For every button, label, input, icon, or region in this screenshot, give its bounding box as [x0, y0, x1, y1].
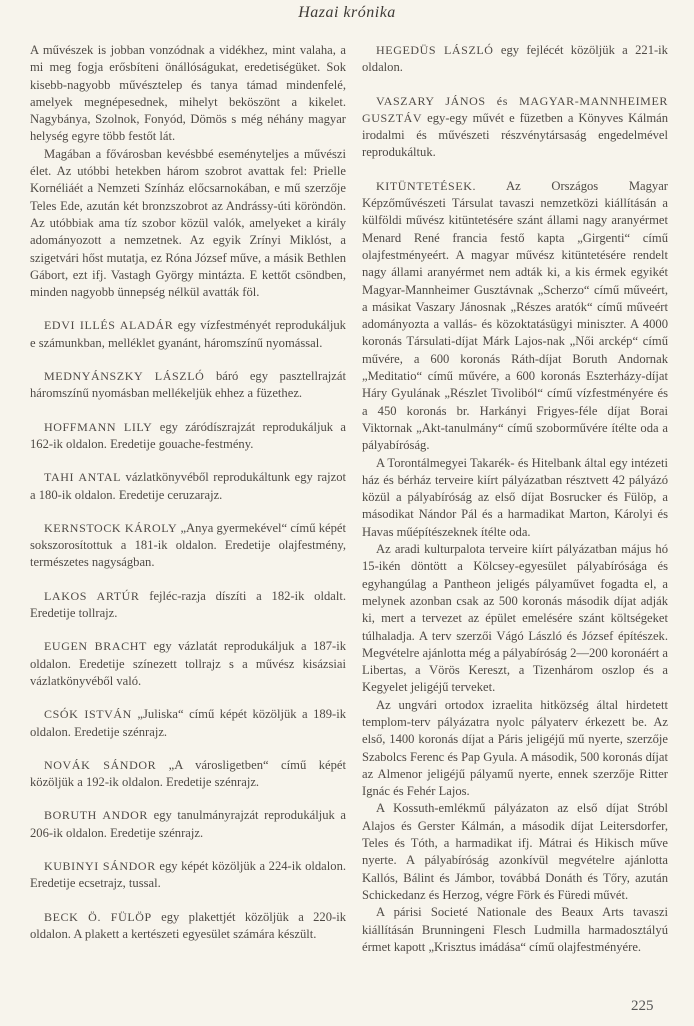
page-header-title: Hazai krónika [0, 4, 694, 22]
artist-name: HEGEDÜS LÁSZLÓ [376, 43, 494, 57]
artist-name: EUGEN BRACHT [44, 639, 147, 653]
paragraph-kossuth: A Kossuth-emlékmű pályázaton az első díj… [362, 800, 668, 904]
paragraph-text: A Kossuth-emlékmű pályázaton az első díj… [362, 801, 668, 901]
paragraph-paris: A párisi Societé Nationale des Beaux Art… [362, 904, 668, 956]
artist-name: KUBINYI SÁNDOR [44, 859, 156, 873]
page-number: 225 [631, 998, 654, 1015]
entry-mednyanszky: MEDNYÁNSZKY LÁSZLÓ báró egy pasztellrajz… [30, 368, 346, 403]
entry-tahi: TAHI ANTAL vázlatkönyvéből reprodukáltun… [30, 469, 346, 504]
entry-text: Az Országos Magyar Képzőművészeti Társul… [362, 179, 668, 452]
entry-novak: NOVÁK SÁNDOR „A városligetben“ című képé… [30, 757, 346, 792]
entry-kubinyi: KUBINYI SÁNDOR egy képét közöljük a 224-… [30, 858, 346, 893]
artist-name: CSÓK ISTVÁN [44, 707, 132, 721]
artist-name: BORUTH ANDOR [44, 808, 148, 822]
entry-hegedus: HEGEDÜS LÁSZLÓ egy fejlécét közöljük a 2… [362, 42, 668, 77]
paragraph-arad: Az aradi kulturpalota terveire kiírt pál… [362, 541, 668, 697]
entry-beck: BECK Ö. FÜLÖP egy plakettjét közöljük a … [30, 909, 346, 944]
paragraph-intro: A művészek is jobban vonzódnak a vidékhe… [30, 42, 346, 146]
artist-name: TAHI ANTAL [44, 470, 121, 484]
entry-lakos: LAKOS ARTÚR fejléc-razja díszíti a 182-i… [30, 588, 346, 623]
paragraph-ungvar: Az ungvári ortodox izraelita hitközség á… [362, 697, 668, 801]
paragraph-text: A művészek is jobban vonzódnak a vidékhe… [30, 43, 346, 143]
paragraph-text: A párisi Societé Nationale des Beaux Art… [362, 905, 668, 954]
entry-kituntetesek: KITÜNTETÉSEK. Az Országos Magyar Képzőmű… [362, 178, 668, 455]
paragraph-text: Az ungvári ortodox izraelita hitközség á… [362, 698, 668, 798]
entry-bracht: EUGEN BRACHT egy vázlatát reprodukáljuk … [30, 638, 346, 690]
entry-hoffmann: HOFFMANN LILY egy záródíszrajzát reprodu… [30, 419, 346, 454]
paragraph-text: Az aradi kulturpalota terveire kiírt pál… [362, 542, 668, 694]
section-heading: KITÜNTETÉSEK. [376, 179, 476, 193]
right-column: HEGEDÜS LÁSZLÓ egy fejlécét közöljük a 2… [362, 42, 668, 956]
artist-name: LAKOS ARTÚR [44, 589, 140, 603]
artist-name: BECK Ö. FÜLÖP [44, 910, 152, 924]
artist-name: KERNSTOCK KÁROLY [44, 521, 177, 535]
paragraph-sculptures: Magában a fővárosban kevésbbé eseménytel… [30, 146, 346, 302]
entry-csok: CSÓK ISTVÁN „Juliska“ című képét közöljü… [30, 706, 346, 741]
entry-vaszary-mannheimer: VASZARY JÁNOS és MAGYAR-MANNHEIMER GUSZT… [362, 93, 668, 162]
paragraph-text: A Torontálmegyei Takarék- és Hitelbank á… [362, 456, 668, 539]
artist-name: HOFFMANN LILY [44, 420, 152, 434]
paragraph-torontal: A Torontálmegyei Takarék- és Hitelbank á… [362, 455, 668, 541]
paragraph-text: Magában a fővárosban kevésbbé eseménytel… [30, 147, 346, 299]
entry-boruth: BORUTH ANDOR egy tanulmányrajzát reprodu… [30, 807, 346, 842]
entry-kernstock: KERNSTOCK KÁROLY „Anya gyermekével“ című… [30, 520, 346, 572]
left-column: A művészek is jobban vonzódnak a vidékhe… [30, 42, 346, 943]
artist-name: MEDNYÁNSZKY LÁSZLÓ [44, 369, 204, 383]
entry-edvi-illes: EDVI ILLÉS ALADÁR egy vízfestményét repr… [30, 317, 346, 352]
artist-name: NOVÁK SÁNDOR [44, 758, 156, 772]
artist-name: EDVI ILLÉS ALADÁR [44, 318, 173, 332]
